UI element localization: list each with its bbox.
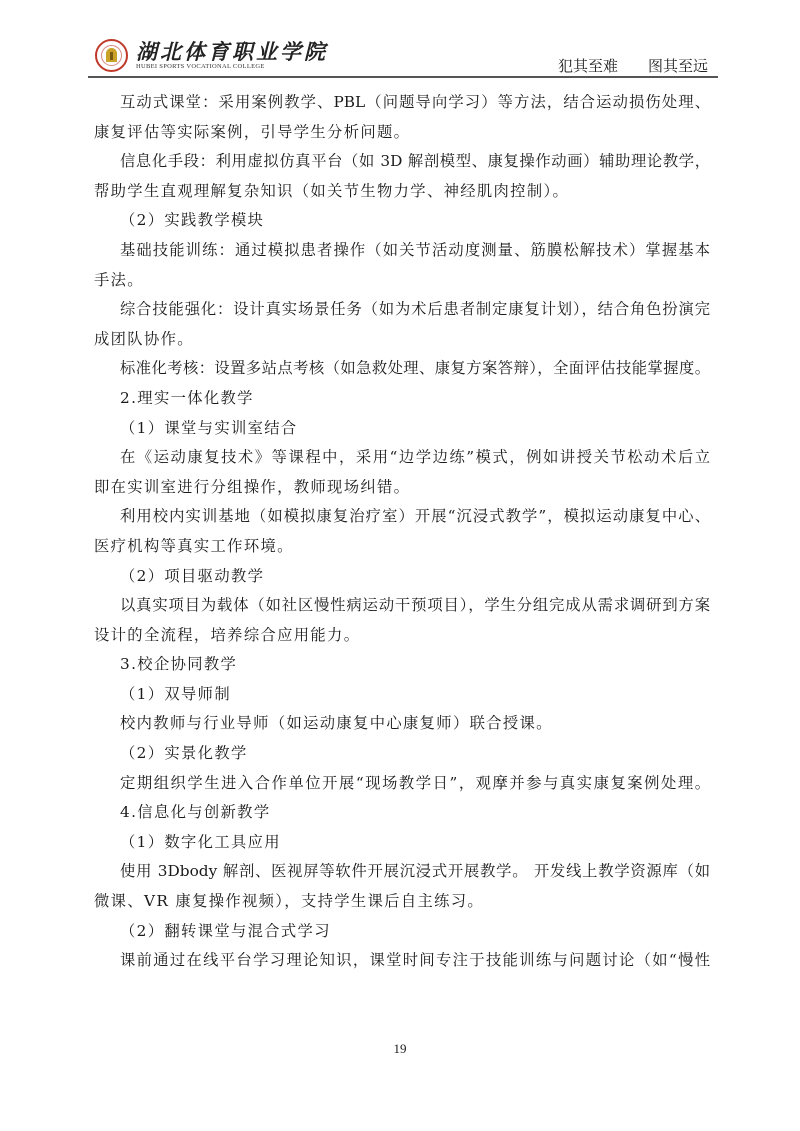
page-header: 湖北体育职业学院 HUBEI SPORTS VOCATIONAL COLLEGE… bbox=[88, 30, 718, 78]
paragraph-line: （2）翻转课堂与混合式学习 bbox=[94, 917, 710, 947]
paragraph-line: 课前通过在线平台学习理论知识，课堂时间专注于技能训练与问题讨论（如“慢性 bbox=[94, 946, 710, 976]
document-body: 互动式课堂：采用案例教学、PBL（问题导向学习）等方法，结合运动损伤处理、康复评… bbox=[94, 88, 710, 976]
header-divider bbox=[88, 76, 718, 78]
paragraph-line: 信息化手段：利用虚拟仿真平台（如 3D 解剖模型、康复操作动画）辅助理论教学， bbox=[94, 147, 710, 177]
paragraph-line: 3.校企协同教学 bbox=[94, 650, 710, 680]
paragraph-line: 利用校内实训基地（如模拟康复治疗室）开展“沉浸式教学”，模拟运动康复中心、 bbox=[94, 502, 710, 532]
college-emblem-icon bbox=[95, 39, 128, 72]
paragraph-continuation-line: 医疗机构等真实工作环境。 bbox=[94, 532, 710, 562]
paragraph-line: （2）实景化教学 bbox=[94, 739, 710, 769]
paragraph-line: （1）数字化工具应用 bbox=[94, 828, 710, 858]
school-name-chinese: 湖北体育职业学院 bbox=[136, 36, 328, 66]
paragraph-line: （2）项目驱动教学 bbox=[94, 562, 710, 592]
paragraph-continuation-line: 微课、VR 康复操作视频），支持学生课后自主练习。 bbox=[94, 887, 710, 917]
paragraph-line: （1）双导师制 bbox=[94, 680, 710, 710]
paragraph-continuation-line: 康复评估等实际案例，引导学生分析问题。 bbox=[94, 118, 710, 148]
paragraph-line: 基础技能训练：通过模拟患者操作（如关节活动度测量、筋膜松解技术）掌握基本 bbox=[94, 236, 710, 266]
paragraph-line: 综合技能强化：设计真实场景任务（如为术后患者制定康复计划），结合角色扮演完 bbox=[94, 295, 710, 325]
emblem-dome bbox=[106, 48, 117, 62]
paragraph-line: 以真实项目为载体（如社区慢性病运动干预项目），学生分组完成从需求调研到方案 bbox=[94, 591, 710, 621]
paragraph-line: （1）课堂与实训室结合 bbox=[94, 414, 710, 444]
paragraph-line: 互动式课堂：采用案例教学、PBL（问题导向学习）等方法，结合运动损伤处理、 bbox=[94, 88, 710, 118]
paragraph-line: 2.理实一体化教学 bbox=[94, 384, 710, 414]
paragraph-line: 在《运动康复技术》等课程中，采用“边学边练”模式，例如讲授关节松动术后立 bbox=[94, 443, 710, 473]
paragraph-line: 定期组织学生进入合作单位开展“现场教学日”，观摩并参与真实康复案例处理。 bbox=[94, 769, 710, 799]
paragraph-continuation-line: 即在实训室进行分组操作，教师现场纠错。 bbox=[94, 473, 710, 503]
paragraph-line: 校内教师与行业导师（如运动康复中心康复师）联合授课。 bbox=[94, 709, 710, 739]
paragraph-continuation-line: 成团队协作。 bbox=[94, 325, 710, 355]
paragraph-continuation-line: 设计的全流程，培养综合应用能力。 bbox=[94, 621, 710, 651]
paragraph-continuation-line: 帮助学生直观理解复杂知识（如关节生物力学、神经肌肉控制）。 bbox=[94, 177, 710, 207]
page-number: 19 bbox=[0, 1041, 800, 1057]
paragraph-line: 标准化考核：设置多站点考核（如急救处理、康复方案答辩），全面评估技能掌握度。 bbox=[94, 354, 710, 384]
paragraph-line: 使用 3Dbody 解剖、医视屏等软件开展沉浸式开展教学。 开发线上教学资源库（… bbox=[94, 857, 710, 887]
school-name-english: HUBEI SPORTS VOCATIONAL COLLEGE bbox=[136, 63, 265, 70]
paragraph-line: 4.信息化与创新教学 bbox=[94, 798, 710, 828]
paragraph-line: （2）实践教学模块 bbox=[94, 206, 710, 236]
paragraph-continuation-line: 手法。 bbox=[94, 266, 710, 296]
school-motto: 犯其至难 图其至远 bbox=[558, 55, 708, 76]
